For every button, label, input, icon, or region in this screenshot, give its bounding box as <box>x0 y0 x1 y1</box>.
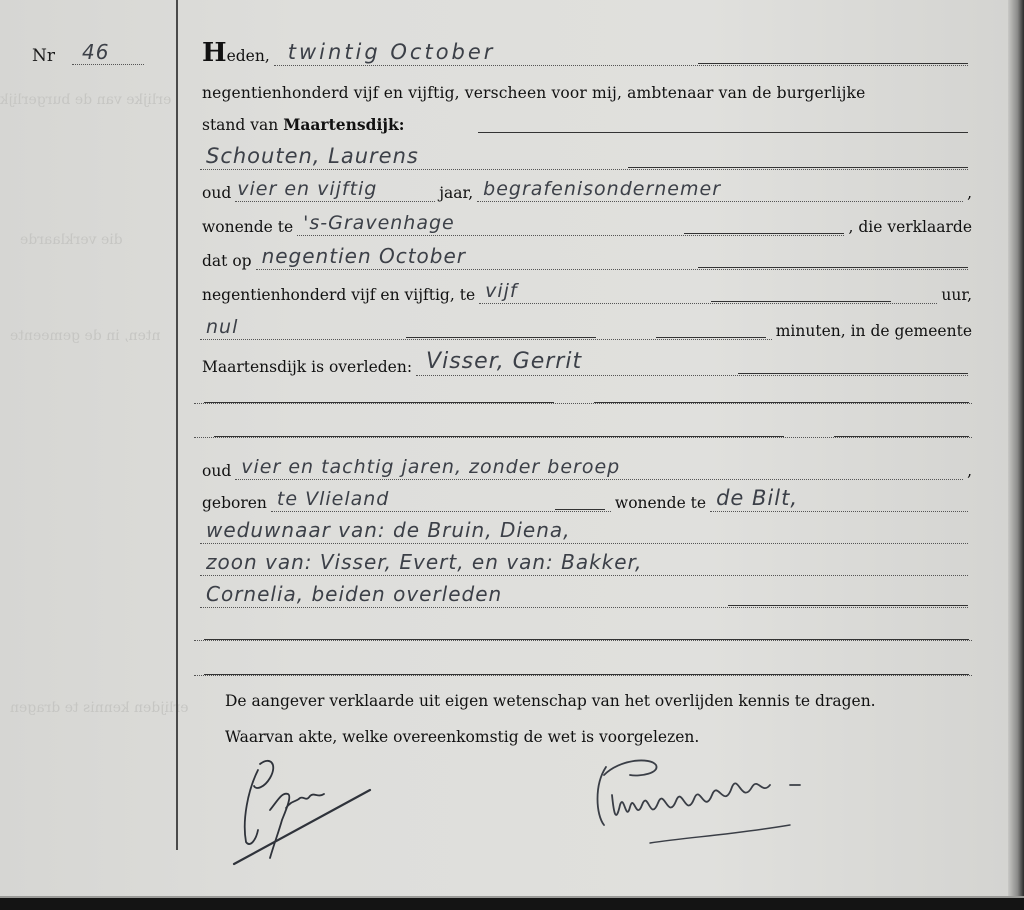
form-line-deceased-age: oud vier en tachtig jaren, zonder beroep… <box>202 450 972 480</box>
scanner-background <box>0 896 1024 910</box>
form-line-death-minutes: nul minuten, in de gemeente <box>196 310 972 340</box>
blank-line <box>194 675 972 676</box>
form-line-2: negentienhonderd vijf en vijftig, versch… <box>202 72 972 102</box>
form-line-mother-cont: Cornelia, beiden overleden <box>196 578 972 608</box>
bleed-through-text: die verklaarde <box>20 232 123 248</box>
form-text: Maartensdijk is overleden: <box>202 358 412 376</box>
blank-line <box>194 403 972 404</box>
closing-statement-2: Waarvan akte, welke overeenkomstig de we… <box>225 728 699 746</box>
widower-field: weduwnaar van: de Bruin, Diena, <box>200 521 968 544</box>
widower-of: weduwnaar van: de Bruin, Diena, <box>206 518 571 542</box>
form-line-residence: wonende te 's-Gravenhage , die verklaard… <box>202 206 972 236</box>
form-line-death-date: dat op negentien October <box>202 240 972 270</box>
form-line-declarant: Schouten, Laurens <box>196 140 972 170</box>
declarant-residence-field: 's-Gravenhage <box>297 213 844 236</box>
declarant-name-field: Schouten, Laurens <box>200 147 968 170</box>
form-text: oud <box>202 462 231 480</box>
date-field: twintig October <box>274 43 968 66</box>
death-date: negentien October <box>262 244 466 268</box>
form-text: , die verklaarde <box>848 218 972 236</box>
signature-official <box>590 745 940 855</box>
margin-divider <box>176 0 178 850</box>
deceased-name-field: Visser, Gerrit <box>416 353 968 376</box>
page-edge <box>1008 0 1024 910</box>
record-number-label: Nr <box>32 46 55 66</box>
mother-cont-field: Cornelia, beiden overleden <box>200 585 968 608</box>
declarant-name: Schouten, Laurens <box>206 144 419 168</box>
closing-statement-1: De aangever verklaarde uit eigen wetensc… <box>225 692 876 710</box>
death-hour-field: vijf <box>479 281 937 304</box>
form-line-age-occupation: oud vier en vijftig jaar, begrafenisonde… <box>202 172 972 202</box>
declarant-age: vier en vijftig <box>237 178 377 200</box>
death-minutes: nul <box>206 316 238 338</box>
form-text: uur, <box>941 286 972 304</box>
form-text: negentienhonderd vijf en vijftig, te <box>202 286 475 304</box>
heden-label: Heden, <box>202 40 270 66</box>
deceased-age-occupation-field: vier en tachtig jaren, zonder beroep <box>235 457 963 480</box>
form-line-death-hour: negentienhonderd vijf en vijftig, te vij… <box>202 274 972 304</box>
date-value: twintig October <box>288 40 496 64</box>
declarant-residence: 's-Gravenhage <box>303 212 455 234</box>
blank-line <box>194 437 972 438</box>
form-text: wonende te <box>615 494 706 512</box>
birthplace: te Vlieland <box>277 488 389 510</box>
municipality-blank <box>408 112 968 134</box>
form-text: dat op <box>202 252 252 270</box>
record-number-value: 46 <box>82 40 109 64</box>
declarant-occupation: begrafenisondernemer <box>483 178 721 200</box>
form-text: stand van <box>202 116 278 134</box>
municipality-name: Maartensdijk: <box>283 115 404 134</box>
bleed-through-text: nten, in de gemeente <box>10 328 161 344</box>
deceased-residence: de Bilt, <box>716 486 798 510</box>
declarant-occupation-field: begrafenisondernemer <box>477 179 963 202</box>
form-text: negentienhonderd vijf en vijftig, versch… <box>202 84 865 102</box>
parents-field: zoon van: Visser, Evert, en van: Bakker, <box>200 553 968 576</box>
deceased-residence-field: de Bilt, <box>710 489 968 512</box>
form-line-date: Heden, twintig October <box>202 36 972 66</box>
death-hour: vijf <box>485 280 518 302</box>
form-line-municipality: stand van Maartensdijk: <box>202 104 972 134</box>
deceased-name: Visser, Gerrit <box>426 349 582 374</box>
form-line-parents: zoon van: Visser, Evert, en van: Bakker, <box>196 546 972 576</box>
bleed-through-text: erlijke van de burgerlijk <box>0 92 171 108</box>
son-of: zoon van: Visser, Evert, en van: Bakker, <box>206 550 642 574</box>
death-minutes-field: nul <box>200 317 772 340</box>
record-number-field: 46 <box>72 40 144 65</box>
form-text: geboren <box>202 494 267 512</box>
form-line-widower: weduwnaar van: de Bruin, Diena, <box>196 514 972 544</box>
form-line-birth: geboren te Vlieland wonende te de Bilt, <box>202 482 972 512</box>
form-text: minuten, in de gemeente <box>776 322 972 340</box>
signature-declarant <box>230 750 450 860</box>
deceased-age-occupation: vier en tachtig jaren, zonder beroep <box>241 456 620 478</box>
birthplace-field: te Vlieland <box>271 489 611 512</box>
form-text: wonende te <box>202 218 293 236</box>
form-text: jaar, <box>439 184 473 202</box>
bleed-through-text: erlijden kennis te dragen <box>10 700 189 716</box>
declarant-age-field: vier en vijftig <box>235 179 435 202</box>
death-date-field: negentien October <box>256 247 968 270</box>
form-line-deceased: Maartensdijk is overleden: Visser, Gerri… <box>202 346 972 376</box>
blank-line <box>194 640 972 641</box>
form-text: oud <box>202 184 231 202</box>
mother-cont: Cornelia, beiden overleden <box>206 582 502 606</box>
